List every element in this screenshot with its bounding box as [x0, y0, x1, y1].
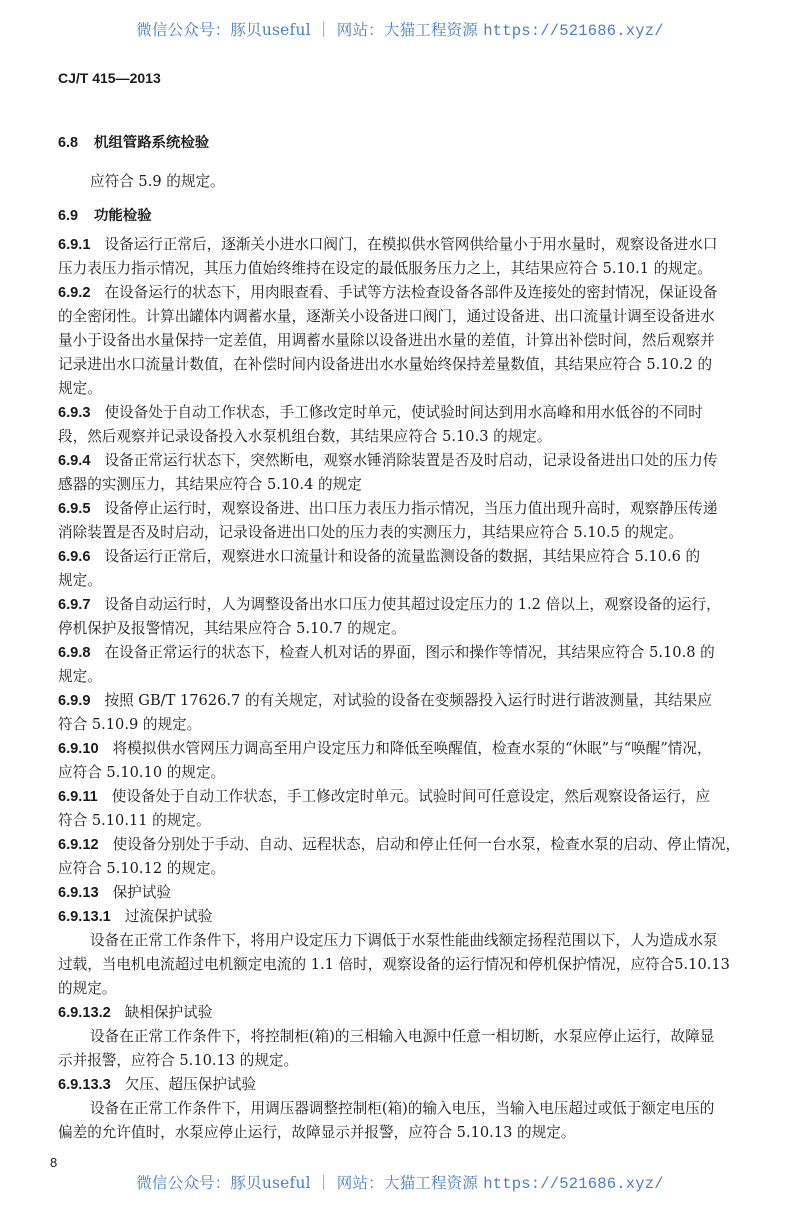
clause-6-9-2-line-5: 规定。	[58, 379, 102, 399]
watermark-bottom: 微信公众号：豚贝useful ｜ 网站：大猫工程资源 https://52168…	[0, 1171, 800, 1193]
clause-6-9-12-line-1: 6.9.12使设备分别处于手动、自动、远程状态，启动和停止任何一台水泵，检查水泵…	[58, 835, 740, 855]
clause-6-9-13-heading: 6.9.13保护试验	[58, 883, 171, 903]
watermark-url[interactable]: https://521686.xyz/	[483, 1175, 664, 1193]
clause-6-9-13-1-line-3: 的规定。	[58, 979, 116, 999]
watermark-url[interactable]: https://521686.xyz/	[483, 22, 664, 40]
section-heading-6-9: 6.9功能检验	[58, 206, 152, 226]
watermark-text: 微信公众号：豚贝useful ｜ 网站：大猫工程资源	[136, 1174, 483, 1192]
clause-6-9-13-2-line-2: 示并报警，应符合 5.10.13 的规定。	[58, 1051, 298, 1071]
page-number: 8	[50, 1155, 57, 1170]
clause-6-9-12-line-2: 应符合 5.10.12 的规定。	[58, 859, 225, 879]
clause-6-9-8-line-1: 6.9.8在设备正常运行的状态下，检查人机对话的界面，图示和操作等情况，其结果应…	[58, 643, 715, 663]
clause-6-9-13-3-heading: 6.9.13.3欠压、超压保护试验	[58, 1075, 256, 1095]
section-heading-6-8: 6.8机组管路系统检验	[58, 133, 209, 153]
clause-6-9-3-line-1: 6.9.3使设备处于自动工作状态，手工修改定时单元，使试验时间达到用水高峰和用水…	[58, 403, 703, 423]
clause-6-9-7-line-1: 6.9.7设备自动运行时，人为调整设备出水口压力使其超过设定压力的 1.2 倍以…	[58, 595, 721, 615]
clause-6-9-9-line-1: 6.9.9按照 GB/T 17626.7 的有关规定，对试验的设备在变频器投入运…	[58, 691, 712, 711]
clause-6-9-7-line-2: 停机保护及报警情况，其结果应符合 5.10.7 的规定。	[58, 619, 406, 639]
clause-6-9-4-line-2: 感器的实测压力，其结果应符合 5.10.4 的规定	[58, 475, 362, 495]
clause-6-9-6-line-1: 6.9.6设备运行正常后，观察进水口流量计和设备的流量监测设备的数据，其结果应符…	[58, 547, 700, 567]
clause-6-9-13-2-heading: 6.9.13.2缺相保护试验	[58, 1003, 212, 1023]
clause-6-9-2-line-1: 6.9.2在设备运行的状态下，用肉眼查看、手试等方法检查设备各部件及连接处的密封…	[58, 283, 717, 303]
clause-6-9-11-line-1: 6.9.11使设备处于自动工作状态，手工修改定时单元。试验时间可任意设定，然后观…	[58, 787, 710, 807]
paragraph-6-8: 应符合 5.9 的规定。	[90, 172, 225, 192]
clause-6-9-2-line-4: 记录进出水口流量计数值，在补偿时间内设备进出水水量始终保持差量数值，其结果应符合…	[58, 355, 712, 375]
clause-6-9-13-1-line-1: 设备在正常工作条件下，将用户设定压力下调低于水泵性能曲线额定扬程范围以下，人为造…	[90, 931, 718, 951]
clause-6-9-5-line-1: 6.9.5设备停止运行时，观察设备进、出口压力表压力指示情况，当压力值出现升高时…	[58, 499, 717, 519]
clause-6-9-13-3-line-1: 设备在正常工作条件下，用调压器调整控制柜(箱)的输入电压，当输入电压超过或低于额…	[90, 1099, 714, 1119]
clause-6-9-13-2-line-1: 设备在正常工作条件下，将控制柜(箱)的三相输入电源中任意一相切断，水泵应停止运行…	[90, 1027, 714, 1047]
clause-6-9-9-line-2: 符合 5.10.9 的规定。	[58, 715, 201, 735]
clause-6-9-11-line-2: 符合 5.10.11 的规定。	[58, 811, 211, 831]
clause-6-9-2-line-2: 的全密闭性。计算出罐体内调蓄水量，逐渐关小设备进口阀门，通过设备进、出口流量计调…	[58, 307, 715, 327]
clause-6-9-3-line-2: 段，然后观察并记录设备投入水泵机组台数，其结果应符合 5.10.3 的规定。	[58, 427, 552, 447]
clause-6-9-5-line-2: 消除装置是否及时启动，记录设备进出口处的压力表的实测压力，其结果应符合 5.10…	[58, 523, 683, 543]
clause-6-9-1-line-2: 压力表压力指示情况，其压力值始终维持在设定的最低服务压力之上，其结果应符合 5.…	[58, 259, 712, 279]
clause-6-9-10-line-1: 6.9.10将模拟供水管网压力调高至用户设定压力和降低至唤醒值，检查水泵的“休眠…	[58, 739, 712, 759]
clause-6-9-1-line-1: 6.9.1设备运行正常后，逐渐关小进水口阀门，在模拟供水管网供给量小于用水量时，…	[58, 235, 717, 255]
watermark-top: 微信公众号：豚贝useful ｜ 网站：大猫工程资源 https://52168…	[0, 18, 800, 40]
standard-code: CJ/T 415—2013	[58, 70, 161, 86]
clause-6-9-4-line-1: 6.9.4设备正常运行状态下，突然断电，观察水锤消除装置是否及时启动，记录设备进…	[58, 451, 717, 471]
clause-6-9-6-line-2: 规定。	[58, 571, 102, 591]
clause-6-9-13-1-heading: 6.9.13.1过流保护试验	[58, 907, 212, 927]
clause-6-9-10-line-2: 应符合 5.10.10 的规定。	[58, 763, 225, 783]
clause-6-9-13-3-line-2: 偏差的允许值时，水泵应停止运行，故障显示并报警，应符合 5.10.13 的规定。	[58, 1123, 575, 1143]
clause-6-9-8-line-2: 规定。	[58, 667, 102, 687]
watermark-text: 微信公众号：豚贝useful ｜ 网站：大猫工程资源	[136, 21, 483, 39]
clause-6-9-13-1-line-2: 过载，当电机电流超过电机额定电流的 1.1 倍时，观察设备的运行情况和停机保护情…	[58, 955, 730, 975]
clause-6-9-2-line-3: 量小于设备出水量保持一定差值，用调蓄水量除以设备进出水量的差值，计算出补偿时间，…	[58, 331, 715, 351]
